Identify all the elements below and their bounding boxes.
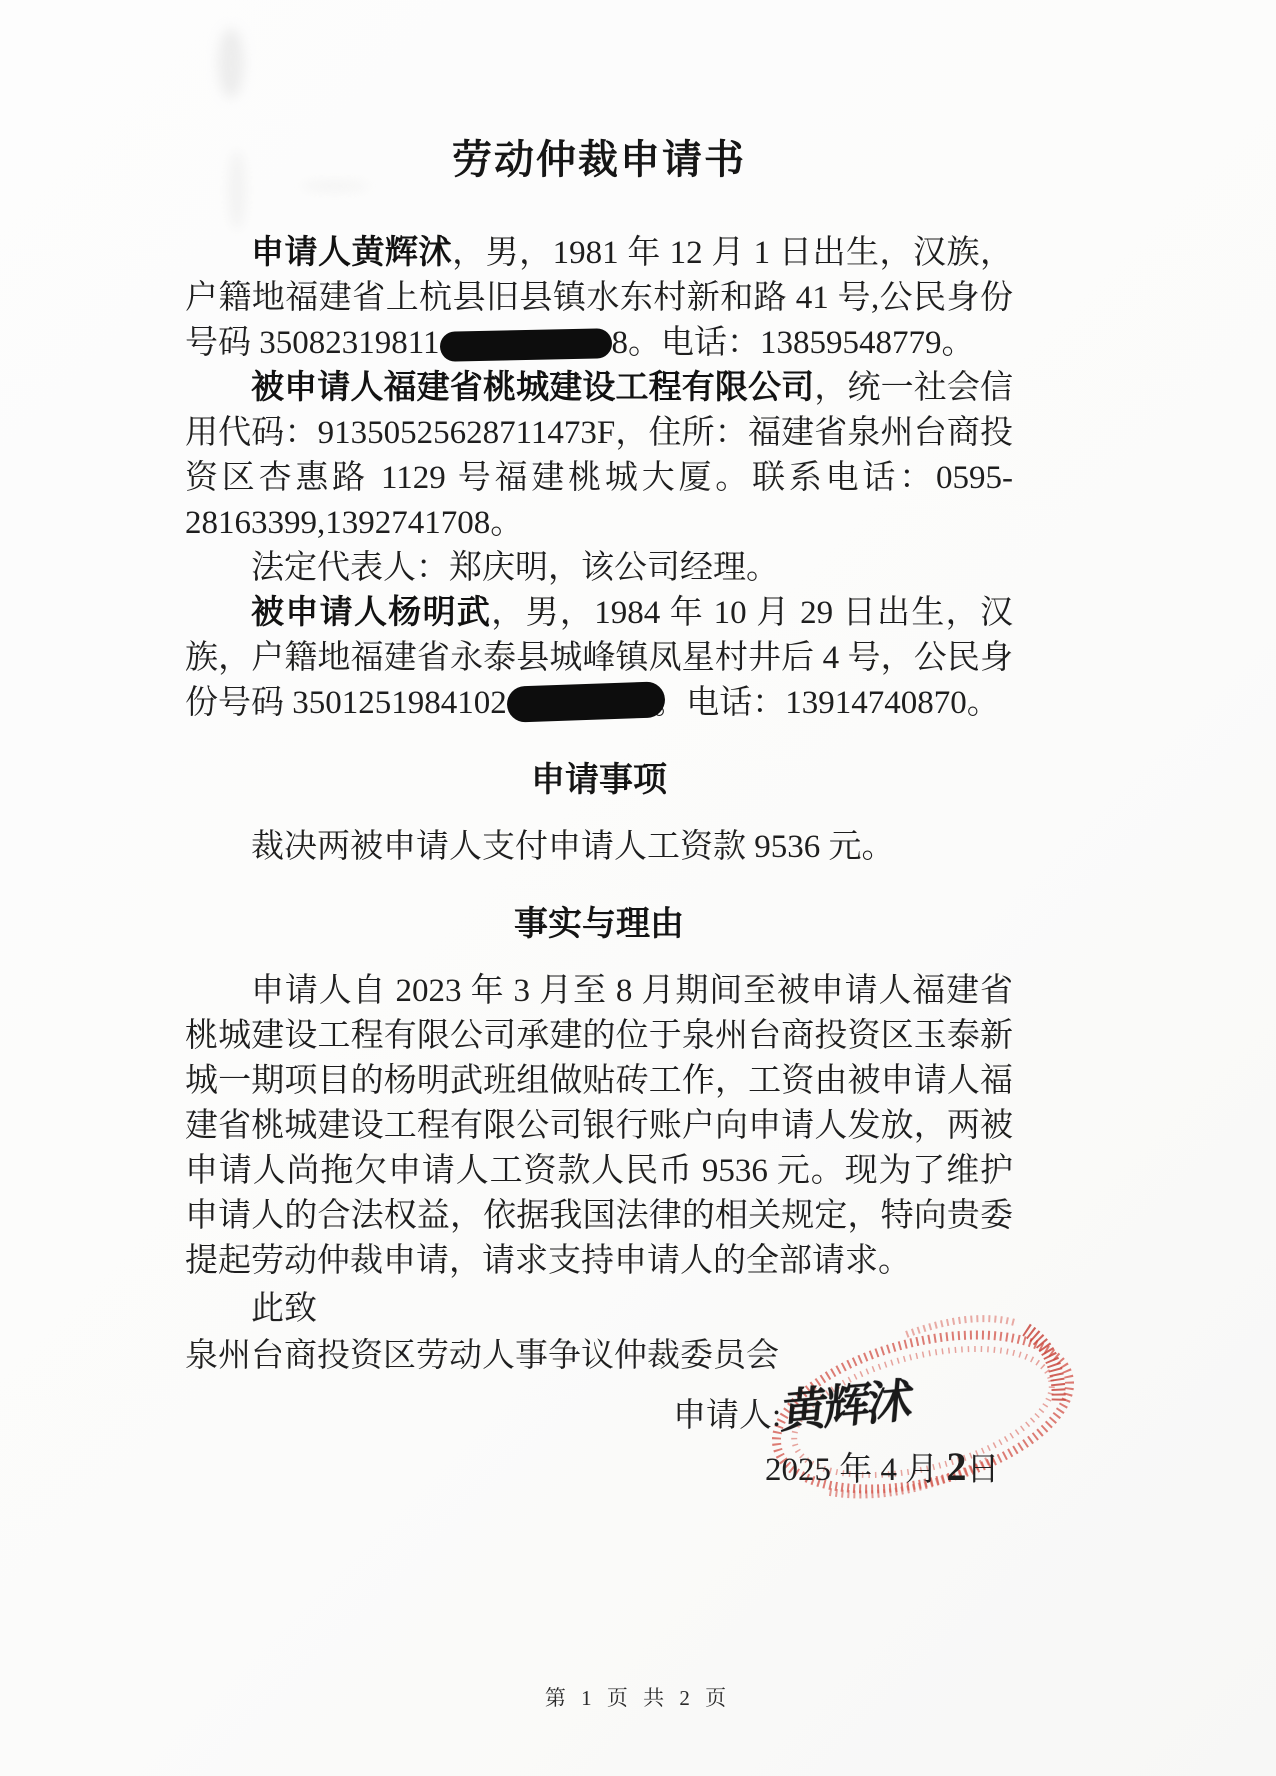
signature-label: 申请人: — [673, 1398, 781, 1434]
facts-body: 申请人自 2023 年 3 月至 8 月期间至被申请人福建省桃城建设工程有限公司… — [185, 969, 1013, 1284]
date-row: 2025 年 4 月 2日 — [673, 1442, 1143, 1495]
respondent2-paragraph: 被申请人杨明武，男，1984 年 10 月 29 日出生，汉族，户籍地福建省永泰… — [185, 591, 1013, 726]
document-title: 劳动仲裁申请书 — [185, 128, 1013, 185]
date-prefix: 2025 年 4 月 — [765, 1452, 938, 1488]
applicant-phone: 电话：13859548779。 — [661, 325, 975, 361]
scan-smudge — [218, 28, 244, 98]
cizhi-line: 此致 — [185, 1284, 1013, 1334]
signature-block: 申请人:黄辉沭 2025 年 4 月 2日 — [673, 1385, 1143, 1545]
respondent1-paragraph: 被申请人福建省桃城建设工程有限公司，统一社会信用代码：9135052562871… — [185, 366, 1013, 546]
signature-row: 申请人:黄辉沭 — [673, 1385, 1143, 1442]
respondent1-lead: 被申请人福建省桃城建设工程有限公司 — [251, 370, 814, 406]
legal-representative-line: 法定代表人：郑庆明，该公司经理。 — [185, 546, 1013, 591]
footer-page-indicator: 第 1 页 共 2 页 — [0, 1682, 1276, 1712]
respondent2-phone: 电话：13914740870。 — [686, 685, 1000, 721]
respondent2-lead: 被申请人杨明武 — [251, 595, 491, 631]
facts-heading: 事实与理由 — [185, 896, 1013, 945]
claims-heading: 申请事项 — [185, 752, 1013, 801]
redaction-bar-applicant-id — [439, 328, 612, 362]
committee-line: 泉州台商投资区劳动人事争议仲裁委员会 — [185, 1334, 1013, 1379]
date-day-handwritten: 2 — [947, 1444, 967, 1489]
date-suffix: 日 — [967, 1452, 1000, 1488]
document-body: 劳动仲裁申请书 申请人黄辉沭，男，1981 年 12 月 1 日出生，汉族，户籍… — [185, 128, 1013, 1545]
applicant-id-tail: 8。 — [612, 325, 662, 361]
redaction-bar-respondent2-id — [506, 681, 665, 722]
applicant-lead: 申请人黄辉沭 — [251, 235, 452, 271]
handwritten-signature: 黄辉沭 — [779, 1375, 912, 1439]
applicant-paragraph: 申请人黄辉沭，男，1981 年 12 月 1 日出生，汉族，户籍地福建省上杭县旧… — [185, 231, 1013, 366]
claims-body: 裁决两被申请人支付申请人工资款 9536 元。 — [185, 825, 1013, 870]
scanned-document-page: 劳动仲裁申请书 申请人黄辉沭，男，1981 年 12 月 1 日出生，汉族，户籍… — [0, 0, 1276, 1776]
